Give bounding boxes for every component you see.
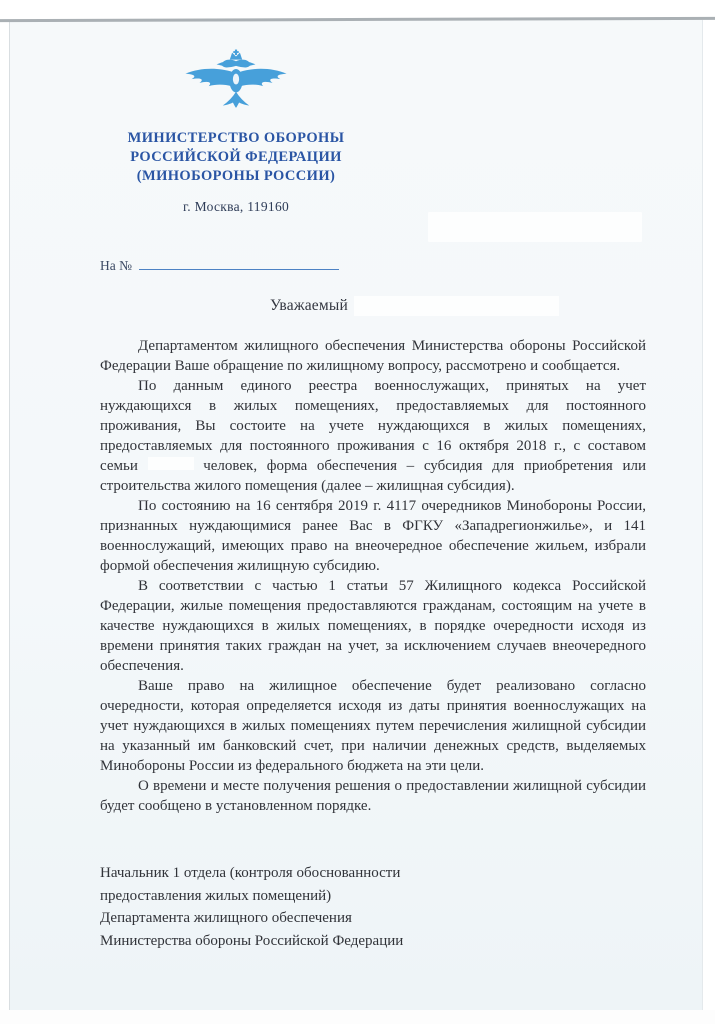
letterhead: МИНИСТЕРСТВО ОБОРОНЫ РОССИЙСКОЙ ФЕДЕРАЦИ… (100, 48, 372, 215)
letter-body: Департаментом жилищного обеспечения Мини… (100, 336, 646, 816)
ministry-name-line-1: МИНИСТЕРСТВО ОБОРОНЫ (100, 129, 372, 148)
mod-emblem-icon (180, 48, 292, 118)
header-redaction-block (428, 212, 642, 242)
signature-line-1: Начальник 1 отдела (контроля обоснованно… (100, 862, 646, 885)
ministry-name-line-3: (МИНОБОРОНЫ РОССИИ) (100, 167, 372, 186)
reference-underline (139, 257, 339, 270)
signature-block: Начальник 1 отдела (контроля обоснованно… (100, 862, 646, 952)
scanned-letter: МИНИСТЕРСТВО ОБОРОНЫ РОССИЙСКОЙ ФЕДЕРАЦИ… (0, 0, 715, 1024)
ministry-name-line-2: РОССИЙСКОЙ ФЕДЕРАЦИИ (100, 148, 372, 167)
paragraph-6: О времени и месте получения решения о пр… (100, 776, 646, 816)
paragraph-5: Ваше право на жилищное обеспечение будет… (100, 676, 646, 776)
paragraph-4: В соответствии с частью 1 статьи 57 Жили… (100, 576, 646, 676)
signature-line-2: предоставления жилых помещений) (100, 885, 646, 908)
signature-line-4: Министерства обороны Российской Федераци… (100, 930, 646, 953)
salutation-text: Уважаемый (270, 297, 348, 314)
redacted-family-size (148, 457, 194, 470)
signature-line-3: Департамента жилищного обеспечения (100, 907, 646, 930)
salutation: Уважаемый (100, 296, 646, 316)
paragraph-2: По данным единого реестра военнослужащих… (100, 376, 646, 496)
paragraph-3: По состоянию на 16 сентября 2019 г. 4117… (100, 496, 646, 576)
scan-bottom-edge (0, 1010, 715, 1024)
letterhead-address: г. Москва, 119160 (100, 199, 372, 215)
salutation-redaction-block (354, 296, 559, 316)
reference-label: На № (100, 258, 132, 273)
paragraph-1: Департаментом жилищного обеспечения Мини… (100, 336, 646, 376)
reference-line: На № (100, 257, 339, 274)
